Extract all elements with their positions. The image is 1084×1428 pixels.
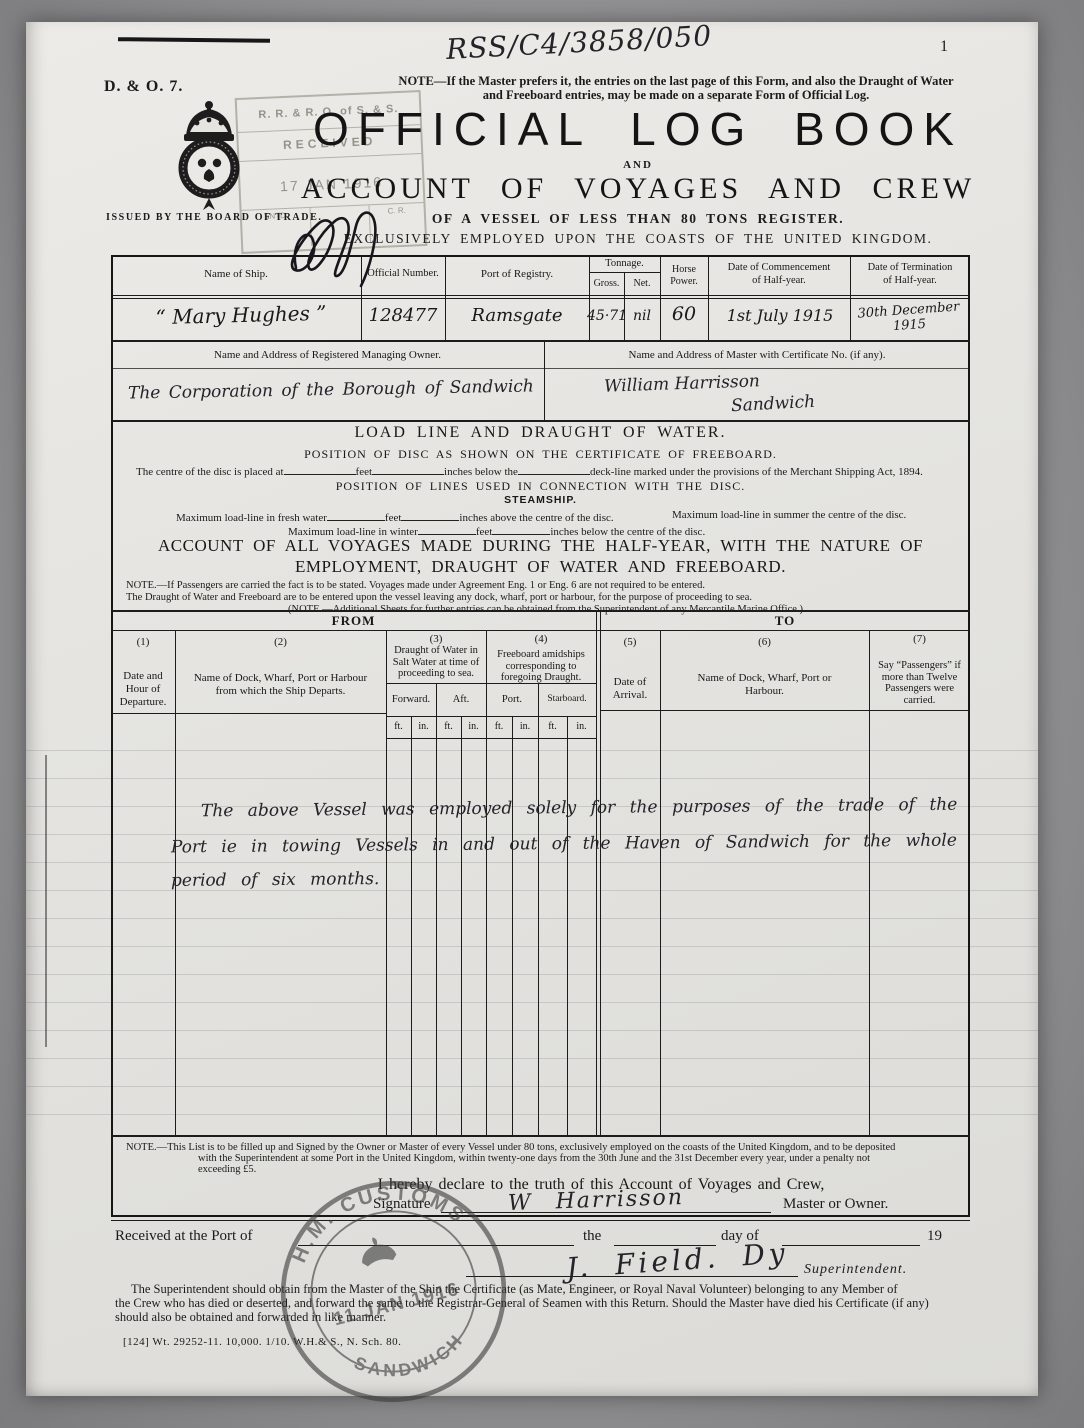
footer-note-line1: NOTE.—This List is to be filled up and S…: [126, 1142, 895, 1153]
value-commencement: 1st July 1915: [710, 306, 850, 325]
document-page: RSS/C4/3858/050 1 D. & O. 7. NOTE—If the…: [26, 22, 1038, 1396]
line: [512, 716, 513, 1135]
year-19-label: 19: [927, 1228, 942, 1245]
blank-line: [401, 509, 459, 521]
line: [111, 340, 970, 342]
value-tonnage-net: nil: [624, 308, 660, 324]
text: The centre of the disc is placed at: [136, 466, 284, 478]
line: [411, 716, 412, 1135]
line: [567, 716, 568, 1135]
text: of Half-year.: [850, 275, 970, 288]
superintendent-note-line2: the Crew who has died or deserted, and f…: [115, 1296, 929, 1311]
text: feet: [356, 466, 372, 478]
line: [111, 630, 970, 631]
account-heading-line1: ACCOUNT OF ALL VOYAGES MADE DURING THE H…: [111, 536, 970, 556]
form-code: D. & O. 7.: [104, 78, 183, 96]
col-header-port-of-registry: Port of Registry.: [445, 268, 589, 280]
header-note-line1: NOTE—If the Master prefers it, the entri…: [366, 74, 986, 88]
col3-label: Draught of Water in Salt Water at time o…: [390, 645, 482, 680]
from-header: FROM: [111, 613, 596, 629]
steamship-heading: STEAMSHIP.: [111, 494, 970, 506]
blank-line: [327, 509, 385, 521]
col4-label: Freeboard amidships corresponding to for…: [490, 649, 592, 684]
value-port-of-registry: Ramsgate: [445, 305, 589, 326]
voyage-entry-line3: period of six months.: [171, 869, 379, 891]
line: [660, 630, 661, 1135]
line: [436, 683, 437, 1135]
value-horse-power: 60: [660, 303, 708, 325]
page-number: 1: [940, 38, 948, 56]
col-header-commencement: Date of Commencement of Half-year.: [708, 262, 850, 287]
line: [111, 713, 386, 714]
col4-starboard-label: Starboard.: [538, 694, 596, 704]
text: Date of Commencement: [708, 262, 850, 275]
received-at-port-label: Received at the Port of: [115, 1228, 252, 1245]
summer-line: Maximum load-line in summer the centre o…: [672, 509, 906, 521]
line: [111, 298, 970, 299]
line: [461, 716, 462, 1135]
col4-port-label: Port.: [486, 694, 538, 705]
in-label: in.: [461, 721, 486, 732]
col-header-termination: Date of Termination of Half-year.: [850, 262, 970, 287]
board-of-trade-crest-icon: [168, 96, 250, 216]
col6-number: (6): [660, 636, 869, 648]
ft-label: ft.: [386, 721, 411, 732]
line: [111, 1135, 970, 1137]
col-header-horse-power: Horse Power.: [660, 264, 708, 288]
value-official-number: 128477: [361, 305, 445, 326]
account-heading-line2: EMPLOYMENT, DRAUGHT OF WATER AND FREEBOA…: [111, 557, 970, 577]
col2-label: Name of Dock, Wharf, Port or Harbour fro…: [193, 672, 368, 698]
col1-number: (1): [111, 636, 175, 648]
load-line-heading: LOAD LINE AND DRAUGHT OF WATER.: [111, 424, 970, 442]
fresh-water-line: Maximum load-line in fresh waterfeetinch…: [176, 509, 614, 524]
account-note2: The Draught of Water and Freeboard are t…: [126, 592, 752, 603]
to-header: TO: [600, 613, 970, 629]
blank-rule: [782, 1245, 920, 1246]
master-or-owner-label: Master or Owner.: [783, 1196, 888, 1213]
col6-label: Name of Dock, Wharf, Port or Harbour.: [678, 672, 851, 698]
col3-number: (3): [386, 633, 486, 645]
blank-line: [284, 463, 356, 475]
line: [386, 738, 596, 739]
col-header-net: Net.: [624, 278, 660, 289]
col5-label: Date of Arrival.: [602, 676, 658, 702]
customs-stamp-date: 11 JAN 1916: [331, 1278, 461, 1330]
text: deck-line marked under the provisions of…: [590, 466, 923, 478]
line: [386, 630, 387, 1135]
ft-label: ft.: [486, 721, 512, 732]
col2-number: (2): [175, 636, 386, 648]
page-title: OFFICIAL LOG BOOK: [266, 102, 1010, 156]
line: [596, 610, 597, 1135]
col5-number: (5): [600, 636, 660, 648]
text: of Half-year.: [708, 275, 850, 288]
blank-line: [418, 523, 476, 535]
footer-note-line3: exceeding £5.: [198, 1164, 256, 1175]
blank-line: [372, 463, 444, 475]
position-of-lines: POSITION OF LINES USED IN CONNECTION WIT…: [111, 479, 970, 494]
master-header: Name and Address of Master with Certific…: [544, 349, 970, 361]
line: [111, 1220, 970, 1221]
col4-number: (4): [486, 633, 596, 645]
col3-forward-label: Forward.: [386, 694, 436, 705]
text: Date of Termination: [850, 262, 970, 275]
in-label: in.: [512, 721, 538, 732]
line: [386, 716, 596, 717]
col7-number: (7): [869, 633, 970, 645]
col1-label: Date and Hour of Departure.: [113, 670, 173, 709]
line: [111, 420, 970, 422]
line: [111, 295, 970, 296]
ink-scrawl-initials: [284, 180, 404, 292]
line: [600, 610, 601, 1135]
scanned-log-book-photo: { "page": {"number": "1", "reference": "…: [0, 0, 1084, 1428]
ft-label: ft.: [538, 721, 567, 732]
col-header-tonnage: Tonnage.: [589, 258, 660, 269]
text: inches below the: [444, 466, 518, 478]
the-label: the: [583, 1228, 601, 1245]
account-note1: NOTE.—If Passengers are carried the fact…: [126, 580, 705, 591]
line: [869, 630, 870, 1135]
col-header-gross: Gross.: [589, 278, 624, 289]
line: [111, 368, 970, 369]
col7-label: Say “Passengers” if more than Twelve Pas…: [872, 660, 967, 706]
col3-aft-label: Aft.: [436, 694, 486, 705]
binding-crease-line: [45, 755, 47, 1047]
ft-label: ft.: [436, 721, 461, 732]
line: [538, 683, 539, 1135]
value-tonnage-gross: 45·71: [587, 308, 625, 324]
blank-line: [518, 463, 590, 475]
line: [111, 610, 970, 612]
line: [600, 710, 970, 711]
superintendent-label: Superintendent.: [804, 1262, 907, 1278]
title-and: AND: [266, 159, 1010, 171]
position-of-disc: POSITION OF DISC AS SHOWN ON THE CERTIFI…: [111, 447, 970, 462]
owner-header: Name and Address of Registered Managing …: [111, 349, 544, 361]
disc-centre-line: The centre of the disc is placed atfeeti…: [136, 463, 956, 478]
in-label: in.: [411, 721, 436, 732]
line: [486, 630, 487, 1135]
header-note: NOTE—If the Master prefers it, the entri…: [366, 74, 986, 102]
blank-line: [492, 523, 550, 535]
underlying-page-edge: [118, 37, 270, 42]
archive-reference-handwriting: RSS/C4/3858/050: [445, 19, 713, 66]
header-note-line2: and Freeboard entries, may be made on a …: [366, 88, 986, 102]
in-label: in.: [567, 721, 596, 732]
footer-note-line2: with the Superintendent at some Port in …: [198, 1153, 870, 1164]
